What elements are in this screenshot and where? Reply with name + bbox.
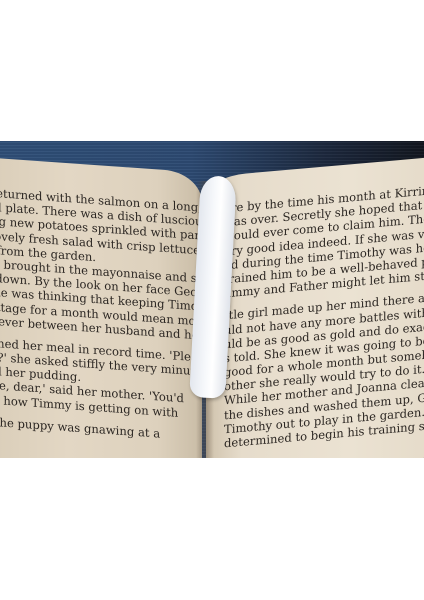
- left-page: e returned with the salmon on a long, fi…: [0, 157, 202, 458]
- right-page-text: ore by the time his month at Kirrin was …: [224, 179, 424, 451]
- left-page-text: e returned with the salmon on a long, fi…: [0, 185, 202, 445]
- right-page: ore by the time his month at Kirrin was …: [206, 156, 424, 458]
